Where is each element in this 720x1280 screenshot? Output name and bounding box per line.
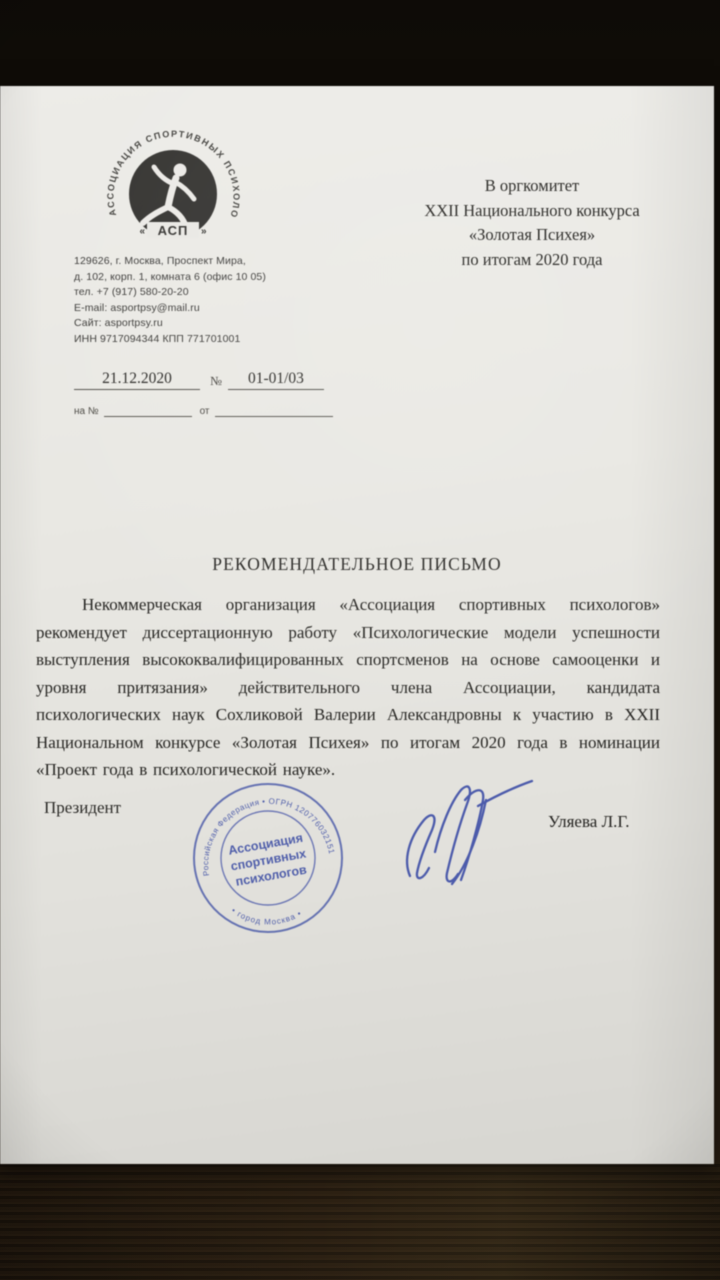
address-line: Сайт: asportpsy.ru: [74, 316, 266, 332]
reply-from-label: от: [200, 406, 210, 417]
letter-date: 21.12.2020: [74, 370, 200, 390]
reference-line: 21.12.2020 № 01-01/03: [74, 370, 324, 390]
address-line: E-mail: asportpsy@mail.ru: [74, 301, 266, 317]
photo-scene: АССОЦИАЦИЯ СПОРТИВНЫХ ПСИХОЛОГОВ « АСП »…: [0, 0, 720, 1280]
signer-name: Уляева Л.Г.: [548, 812, 630, 832]
recipient-block: В оргкомитет XXII Национального конкурса…: [358, 174, 706, 272]
address-line: тел. +7 (917) 580-20-20: [74, 285, 266, 301]
recipient-line: В оргкомитет: [358, 174, 706, 199]
address-line: д. 102, корп. 1, комната 6 (офис 10 05): [74, 270, 266, 286]
document-paper: АССОЦИАЦИЯ СПОРТИВНЫХ ПСИХОЛОГОВ « АСП »…: [0, 86, 714, 1164]
logo-left-mark: «: [139, 226, 145, 237]
address-line: ИНН 9717094344 КПП 771701001: [74, 332, 266, 348]
recipient-line: «Золотая Психея»: [358, 223, 706, 248]
org-logo: АССОЦИАЦИЯ СПОРТИВНЫХ ПСИХОЛОГОВ « АСП »: [96, 118, 251, 273]
reply-number-blank: [104, 406, 192, 417]
logo-abbr: АСП: [158, 223, 189, 238]
recipient-line: по итогам 2020 года: [358, 248, 706, 273]
letter-number: 01-01/03: [228, 370, 324, 390]
letter-title: РЕКОМЕНДАТЕЛЬНОЕ ПИСЬМО: [0, 554, 714, 575]
signature-scribble: [400, 778, 540, 898]
reply-date-blank: [215, 406, 333, 417]
reply-reference-line: на № от: [74, 406, 333, 417]
address-line: 129626, г. Москва, Проспект Мира,: [74, 254, 266, 270]
reply-label: на №: [74, 406, 99, 417]
letter-body: Некоммерческая организация «Ассоциация с…: [36, 591, 660, 784]
logo-right-mark: »: [201, 226, 207, 237]
number-sign: №: [210, 374, 222, 389]
letterhead-address: 129626, г. Москва, Проспект Мира, д. 102…: [74, 254, 266, 347]
signer-position: Президент: [44, 798, 121, 818]
table-surface: [0, 1162, 720, 1280]
recipient-line: XXII Национального конкурса: [358, 199, 706, 224]
org-stamp: Российская Федерация • ОГРН 120776032151…: [171, 761, 366, 956]
